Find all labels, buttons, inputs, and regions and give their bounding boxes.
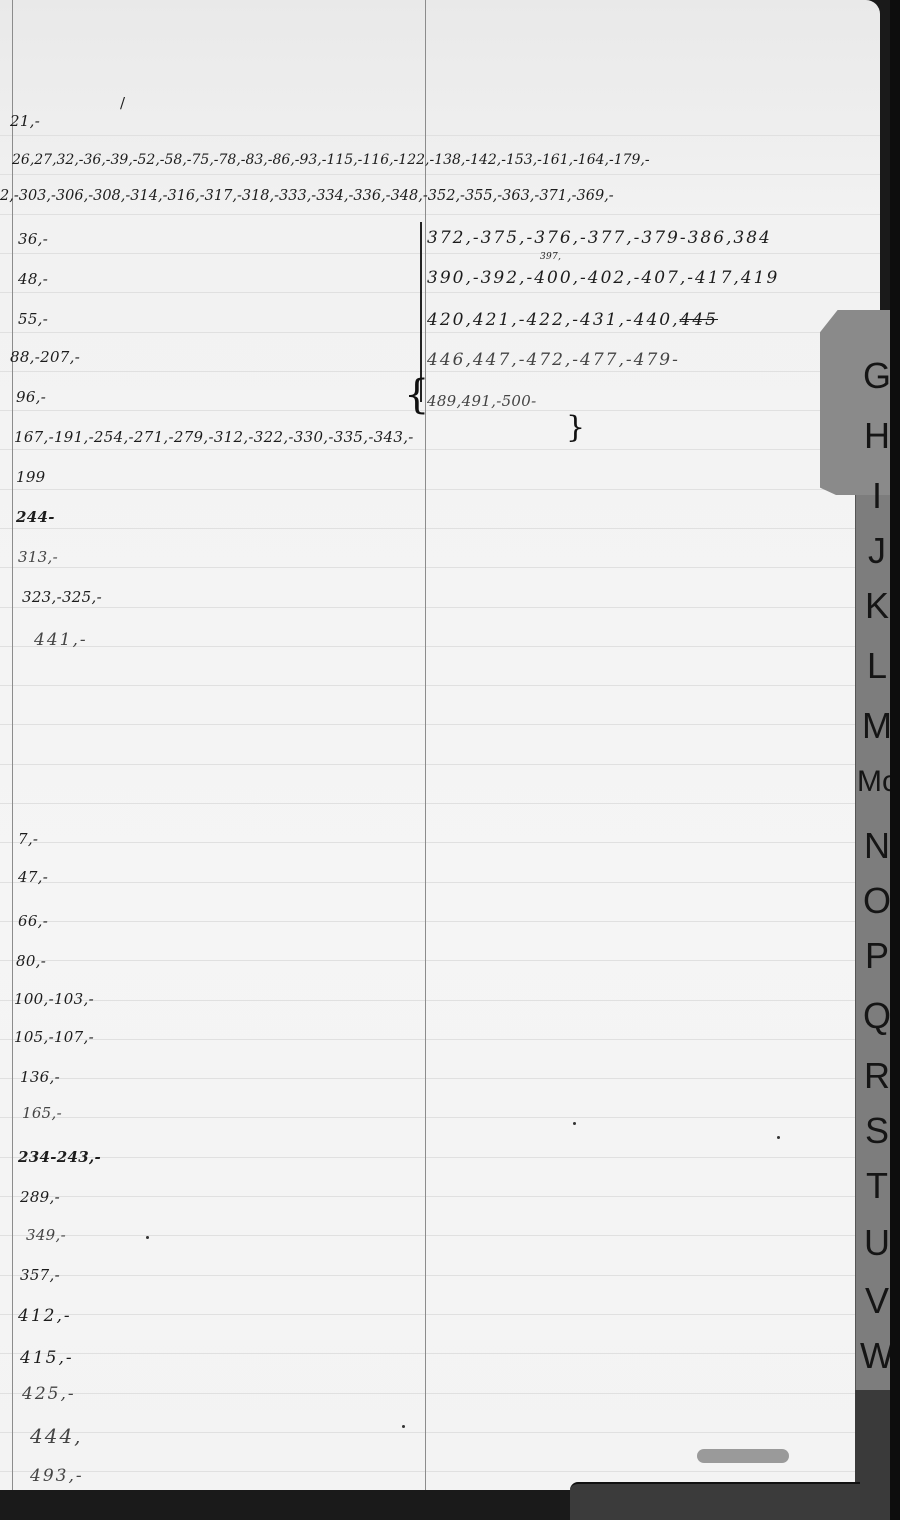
ruled-line	[0, 1432, 880, 1433]
ink-dot	[146, 1236, 149, 1239]
continuation-row-420: 420,421,-422,-431,-440,445	[427, 310, 718, 330]
entry-289: 289,-	[20, 1188, 60, 1206]
brace-left: {	[404, 372, 429, 418]
entry-493: 493,-	[30, 1466, 84, 1486]
ruled-line	[0, 1000, 880, 1001]
continuation-row-446: 446,447,-472,-477,-479-	[427, 350, 680, 370]
ruled-line	[0, 214, 880, 215]
entry-425: 425,-	[22, 1384, 76, 1404]
ruled-line	[0, 724, 880, 725]
ruled-line	[0, 764, 880, 765]
superscript-397: 397,	[540, 252, 561, 262]
continuation-row-372: 372,-375,-376,-377,-379-386,384	[427, 228, 772, 248]
entry-165: 165,-	[22, 1104, 62, 1122]
ruled-line	[0, 685, 880, 686]
entry-48: 48,-	[18, 270, 48, 288]
top-mark: /	[120, 94, 125, 112]
entry-66: 66,-	[18, 912, 48, 930]
entry-96: 96,-	[16, 388, 46, 406]
entry-441: 441,-	[34, 630, 88, 650]
ruled-line	[0, 174, 880, 175]
entry-244: 244-	[16, 508, 55, 526]
ruled-line	[0, 842, 880, 843]
ink-smudge	[697, 1449, 789, 1463]
left-margin-line	[12, 0, 13, 1490]
ruled-line	[0, 1078, 880, 1079]
entry-136: 136,-	[20, 1068, 60, 1086]
entry-444: 444,	[30, 1424, 83, 1448]
ruled-line	[0, 332, 880, 333]
ruled-line	[0, 449, 880, 450]
entry-100-103: 100,-103,-	[14, 990, 94, 1008]
entry-415: 415,-	[20, 1348, 74, 1368]
ruled-line	[0, 1117, 880, 1118]
entry-349: 349,-	[26, 1226, 66, 1244]
entry-7: 7,-	[18, 830, 38, 848]
ink-dot	[573, 1122, 576, 1125]
ruled-line	[0, 1275, 880, 1276]
ruled-line	[0, 1353, 880, 1354]
entry-105-107: 105,-107,-	[14, 1028, 94, 1046]
struck-entry-445: 445	[680, 310, 718, 330]
ledger-page: / 21,- 26,27,32,-36,-39,-52,-58,-75,-78,…	[0, 0, 880, 1490]
ruled-line	[0, 1314, 880, 1315]
ruled-line	[0, 1039, 880, 1040]
index-tab-gh[interactable]	[820, 310, 900, 495]
entry-21: 21,-	[10, 112, 40, 130]
entry-36: 36,-	[18, 230, 48, 248]
ruled-line	[0, 803, 880, 804]
ruled-line	[0, 135, 880, 136]
entry-row-167: 167,-191,-254,-271,-279,-312,-322,-330,-…	[14, 428, 414, 446]
continuation-row-489: 489,491,-500-	[427, 392, 536, 410]
ruled-line	[0, 1471, 880, 1472]
entry-357: 357,-	[20, 1266, 60, 1284]
ruled-line	[0, 489, 880, 490]
center-margin-line	[425, 0, 426, 1490]
ruled-line	[0, 410, 880, 411]
entry-row-26: 26,27,32,-36,-39,-52,-58,-75,-78,-83,-86…	[12, 152, 650, 168]
ink-dot	[402, 1425, 405, 1428]
entry-412: 412,-	[18, 1306, 72, 1326]
ruled-line	[0, 1235, 880, 1236]
ruled-line	[0, 1196, 880, 1197]
ruled-line	[0, 882, 880, 883]
ruled-line	[0, 1393, 880, 1394]
entry-88-207: 88,-207,-	[10, 348, 80, 366]
ruled-line	[0, 646, 880, 647]
entry-323-325: 323,-325,-	[22, 588, 102, 606]
entry-313: 313,-	[18, 548, 58, 566]
entry-row-303: 2,-303,-306,-308,-314,-316,-317,-318,-33…	[0, 188, 614, 204]
ruled-line	[0, 1157, 880, 1158]
entry-80: 80,-	[16, 952, 46, 970]
ink-dot	[777, 1136, 780, 1139]
ruled-line	[0, 292, 880, 293]
continuation-row-390: 390,-392,-400,-402,-407,-417,419	[427, 268, 779, 288]
ruled-line	[0, 567, 880, 568]
ruled-line	[0, 253, 880, 254]
ruled-line	[0, 371, 880, 372]
entry-47: 47,-	[18, 868, 48, 886]
ruled-line	[0, 607, 880, 608]
entry-234-243: 234-243,-	[18, 1148, 101, 1166]
continuation-text-420: 420,421,-422,-431,-440,	[427, 310, 680, 330]
book-edge	[890, 0, 900, 1520]
back-cover	[570, 1482, 860, 1520]
ruled-line	[0, 960, 880, 961]
entry-199: 199	[16, 468, 46, 486]
entry-55: 55,-	[18, 310, 48, 328]
brace-right: }	[566, 410, 585, 445]
ruled-line	[0, 921, 880, 922]
ruled-line	[0, 528, 880, 529]
